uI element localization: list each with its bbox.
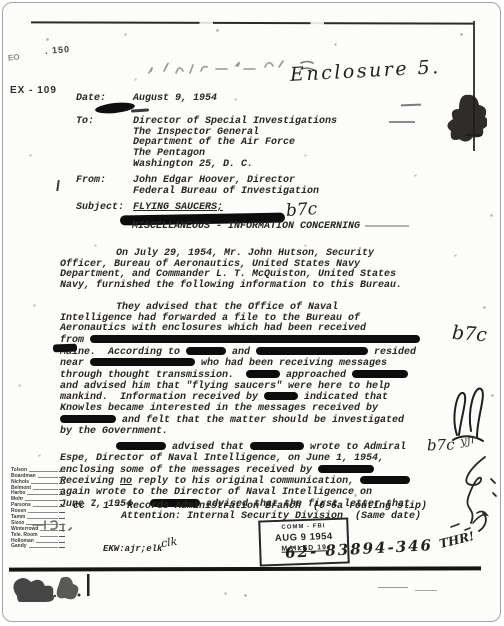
- redaction-bar: [352, 370, 408, 378]
- eo-smudge-mark: EO: [8, 52, 20, 62]
- date-label: Date:: [76, 94, 106, 105]
- ex-stamp: EX - 109: [10, 85, 57, 96]
- routing-name: Gandy: [11, 544, 65, 550]
- document-line: Aeronautics with enclosures which had be…: [60, 324, 466, 335]
- cc-attention-line: Attention: Internal Security Division (S…: [73, 512, 421, 523]
- redaction-bar: [318, 465, 374, 473]
- document-line: near who had been receiving messages: [60, 358, 466, 370]
- document-line: and advised him that "flying saucers" we…: [60, 382, 466, 393]
- memo-body: On July 29, 1954, Mr. John Hutson, Secur…: [60, 249, 466, 510]
- gray-dash-mark: [389, 121, 415, 123]
- document-line: Maine. According to and resided: [60, 347, 466, 359]
- document-line: enclosing some of the messages received …: [60, 465, 466, 477]
- file-number-mark: . 150: [45, 44, 71, 56]
- ink-smudge-tail: [131, 108, 149, 112]
- redaction-bar: [116, 442, 166, 450]
- typist-initials: EKW:ajr;elk: [103, 544, 162, 555]
- gray-dash-mark: [365, 225, 409, 227]
- paragraph: They advised that the Office of NavalInt…: [60, 303, 466, 437]
- caption-line: MISCELLANEOUS - INFORMATION CONCERNING: [132, 222, 360, 233]
- address-line: Washington 25, D. C.: [133, 160, 337, 171]
- gray-dash-mark: [415, 590, 437, 591]
- fbi-routing-list: TolsonBoardmanNicholsBelmontHarboMohrPar…: [11, 467, 65, 549]
- b7c-exemption-note: b7c: [451, 322, 487, 346]
- to-label: To:: [76, 117, 94, 128]
- redaction-bar: [90, 335, 420, 343]
- redaction-bar: [360, 476, 410, 484]
- scan-noise: [3, 3, 4, 4]
- to-address-block: Director of Special InvestigationsThe In…: [133, 117, 337, 171]
- ink-blot: [445, 91, 487, 145]
- redaction-bar: [246, 370, 280, 378]
- document-page: EO . 150 EX - 109 Enclosure 5. Date: Aug…: [2, 2, 501, 622]
- from-label: From:: [76, 176, 106, 187]
- b7c-exemption-note: b7c: [285, 199, 318, 221]
- redaction-bar: [264, 392, 298, 400]
- document-line: Knowles became interested in the message…: [60, 404, 466, 415]
- redaction-bar: [256, 347, 368, 355]
- document-line: by the Government.: [60, 427, 466, 438]
- paragraph: On July 29, 1954, Mr. John Hutson, Secur…: [60, 249, 466, 292]
- subject-label: Subject:: [76, 203, 124, 214]
- handwritten-initials: clk: [160, 535, 178, 550]
- document-line: again wrote to the Director of Naval Int…: [60, 488, 466, 499]
- redaction-bar: [250, 442, 304, 450]
- scanned-fbi-memo: { "colors": { "ink": "#2a2620", "redacti…: [0, 0, 504, 626]
- bottom-rule: [9, 566, 481, 571]
- document-line: Navy, furnished the following informatio…: [60, 281, 466, 292]
- gray-dash-mark: [378, 587, 408, 588]
- subject-value: FLYING SAUCERS;: [133, 203, 223, 214]
- document-line: from: [60, 335, 466, 347]
- redaction-bar: [186, 347, 226, 355]
- redaction-bar: [90, 358, 195, 366]
- reviewer-initials: yjr: [459, 432, 477, 448]
- gray-dash-mark: [401, 104, 421, 106]
- document-line: Espe, Director of Naval Intelligence, on…: [60, 454, 466, 465]
- redaction-bar: [60, 415, 116, 423]
- sender-line: Federal Bureau of Investigation: [133, 187, 319, 198]
- strike-blob: [53, 344, 77, 353]
- date-value: August 9, 1954: [133, 94, 217, 105]
- corner-scribble: [443, 509, 493, 539]
- stray-tick: [56, 180, 59, 191]
- top-scan-line: [31, 21, 475, 24]
- from-block: John Edgar Hoover, DirectorFederal Burea…: [133, 176, 319, 197]
- bottom-smudges: [9, 572, 131, 602]
